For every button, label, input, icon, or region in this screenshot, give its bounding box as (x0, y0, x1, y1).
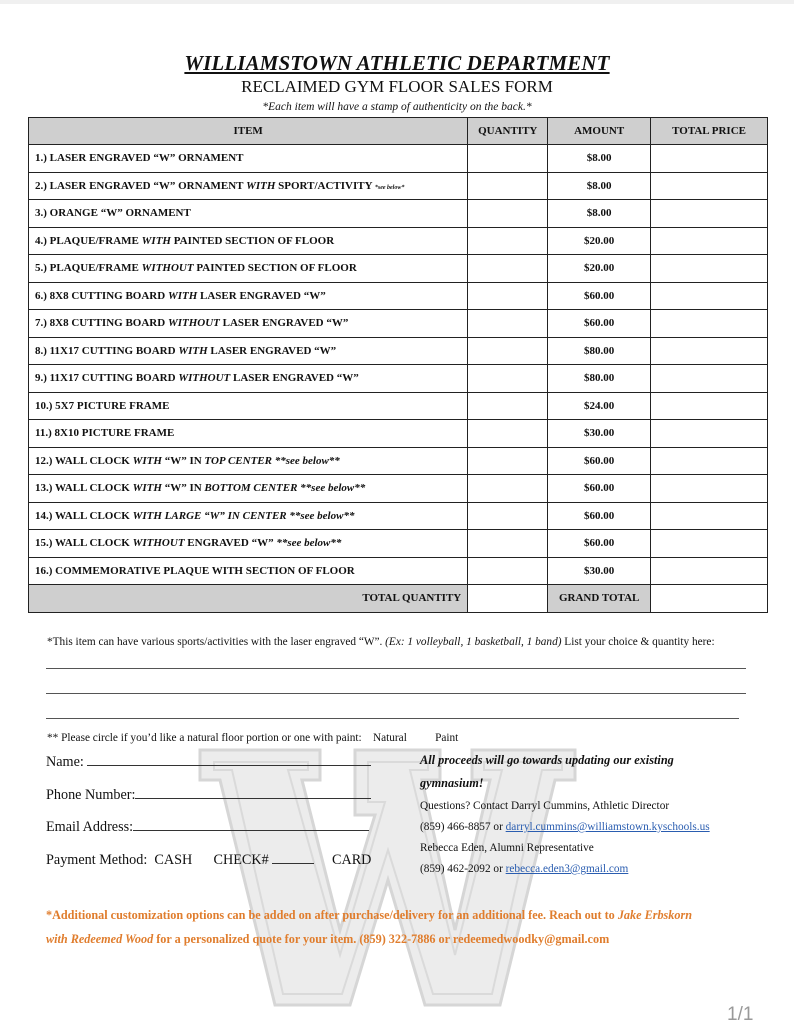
quantity-cell[interactable] (468, 502, 548, 530)
item-name-part: LASER ENGRAVED “W” (220, 317, 348, 329)
payment-method-field: Payment Method: CASH CHECK# CARD (46, 851, 371, 869)
item-name-part: WITH (133, 455, 162, 467)
director-email-link[interactable]: darryl.cummins@williamstown.kyschools.us (506, 821, 710, 833)
name-label: Name: (46, 754, 84, 770)
item-name-part: 15.) WALL CLOCK (35, 537, 133, 549)
item-name-part: 7.) 8X8 CUTTING BOARD (35, 317, 168, 329)
total-price-cell[interactable] (651, 337, 768, 365)
paint-option[interactable]: Paint (435, 732, 458, 744)
payment-check-option[interactable]: CHECK# (214, 852, 269, 868)
item-name-part: TOP CENTER **see below** (204, 455, 339, 467)
table-row: 15.) WALL CLOCK WITHOUT ENGRAVED “W” **s… (29, 530, 768, 558)
payment-label: Payment Method: (46, 852, 147, 868)
table-row: 8.) 11X17 CUTTING BOARD WITH LASER ENGRA… (29, 337, 768, 365)
total-price-cell[interactable] (651, 282, 768, 310)
amount-cell: $60.00 (548, 447, 651, 475)
table-row: 11.) 8X10 PICTURE FRAME$30.00 (29, 420, 768, 448)
natural-option[interactable]: Natural (373, 732, 407, 744)
item-name-part: WITH (246, 180, 275, 192)
item-name-part: 10.) 5X7 PICTURE FRAME (35, 400, 169, 412)
table-row: 12.) WALL CLOCK WITH “W” IN TOP CENTER *… (29, 447, 768, 475)
amount-cell: $60.00 (548, 502, 651, 530)
item-name-part: “W” IN (162, 482, 204, 494)
item-name-part: LASER ENGRAVED “W” (208, 345, 336, 357)
quantity-cell[interactable] (468, 145, 548, 173)
amount-cell: $24.00 (548, 392, 651, 420)
column-header-item: ITEM (29, 118, 468, 145)
sport-choice-line-2[interactable] (46, 693, 746, 694)
custom-contact-name: Jake Erbskorn (618, 908, 692, 922)
total-quantity-label: TOTAL QUANTITY (29, 585, 468, 613)
item-name-part: *see below* (375, 185, 405, 191)
item-name: 12.) WALL CLOCK WITH “W” IN TOP CENTER *… (29, 447, 468, 475)
email-line[interactable] (133, 818, 369, 831)
column-header-quantity: QUANTITY (468, 118, 548, 145)
payment-cash-option[interactable]: CASH (154, 852, 192, 868)
customization-note-line-1: *Additional customization options can be… (46, 908, 692, 923)
item-name-part: 6.) 8X8 CUTTING BOARD (35, 290, 168, 302)
email-field[interactable]: Email Address: (46, 818, 369, 836)
item-name: 4.) PLAQUE/FRAME WITH PAINTED SECTION OF… (29, 227, 468, 255)
table-row: 1.) LASER ENGRAVED “W” ORNAMENT$8.00 (29, 145, 768, 173)
grand-total-cell[interactable] (651, 585, 768, 613)
item-name-part: BOTTOM CENTER **see below** (204, 482, 365, 494)
director-phone: (859) 466-8857 or (420, 821, 506, 833)
item-name-part: WITH (168, 290, 197, 302)
amount-cell: $20.00 (548, 227, 651, 255)
item-name: 1.) LASER ENGRAVED “W” ORNAMENT (29, 145, 468, 173)
grand-total-label: GRAND TOTAL (548, 585, 651, 613)
total-price-cell[interactable] (651, 447, 768, 475)
amount-cell: $8.00 (548, 200, 651, 228)
total-price-cell[interactable] (651, 557, 768, 585)
item-name-part: 12.) WALL CLOCK (35, 455, 133, 467)
quantity-cell[interactable] (468, 227, 548, 255)
check-number-line[interactable] (272, 851, 314, 864)
item-name: 9.) 11X17 CUTTING BOARD WITHOUT LASER EN… (29, 365, 468, 393)
rep-email-link[interactable]: rebecca.eden3@gmail.com (506, 863, 629, 875)
item-name-part: 16.) COMMEMORATIVE PLAQUE WITH SECTION O… (35, 565, 355, 577)
item-name-part: 8.) 11X17 CUTTING BOARD (35, 345, 178, 357)
amount-cell: $30.00 (548, 420, 651, 448)
amount-cell: $30.00 (548, 557, 651, 585)
sport-note-text: *This item can have various sports/activ… (47, 636, 385, 648)
item-name-part: PAINTED SECTION OF FLOOR (171, 235, 334, 247)
amount-cell: $80.00 (548, 337, 651, 365)
item-name: 2.) LASER ENGRAVED “W” ORNAMENT WITH SPO… (29, 172, 468, 200)
quantity-cell[interactable] (468, 392, 548, 420)
total-price-cell[interactable] (651, 200, 768, 228)
item-name: 10.) 5X7 PICTURE FRAME (29, 392, 468, 420)
item-name-part: 13.) WALL CLOCK (35, 482, 133, 494)
custom-text-2: for a personalized quote for your item. … (153, 932, 609, 946)
quantity-cell[interactable] (468, 365, 548, 393)
item-name: 13.) WALL CLOCK WITH “W” IN BOTTOM CENTE… (29, 475, 468, 503)
table-row: 16.) COMMEMORATIVE PLAQUE WITH SECTION O… (29, 557, 768, 585)
item-name-part: 4.) PLAQUE/FRAME (35, 235, 142, 247)
finish-choice-note: ** Please circle if you’d like a natural… (47, 732, 458, 744)
custom-text-1: *Additional customization options can be… (46, 908, 618, 922)
page-indicator: 1/1 (727, 1004, 753, 1024)
total-price-cell[interactable] (651, 365, 768, 393)
total-price-cell[interactable] (651, 310, 768, 338)
item-name: 6.) 8X8 CUTTING BOARD WITH LASER ENGRAVE… (29, 282, 468, 310)
email-label: Email Address: (46, 819, 133, 835)
total-price-cell[interactable] (651, 420, 768, 448)
total-price-cell[interactable] (651, 475, 768, 503)
total-price-cell[interactable] (651, 172, 768, 200)
item-name-part: LASER ENGRAVED “W” (197, 290, 325, 302)
quantity-cell[interactable] (468, 557, 548, 585)
item-name-part: “W” IN (162, 455, 204, 467)
amount-cell: $8.00 (548, 172, 651, 200)
sport-activity-note: *This item can have various sports/activ… (47, 636, 715, 648)
item-name-part: PAINTED SECTION OF FLOOR (194, 262, 357, 274)
contact-questions: Questions? Contact Darryl Cummins, Athle… (420, 800, 669, 812)
quantity-cell[interactable] (468, 282, 548, 310)
sport-choice-line-1[interactable] (46, 668, 746, 669)
item-name-part: 1.) LASER ENGRAVED “W” ORNAMENT (35, 152, 244, 164)
contact-rep: Rebecca Eden, Alumni Representative (420, 842, 594, 854)
table-header-row: ITEM QUANTITY AMOUNT TOTAL PRICE (29, 118, 768, 145)
total-quantity-cell[interactable] (468, 585, 548, 613)
table-row: 2.) LASER ENGRAVED “W” ORNAMENT WITH SPO… (29, 172, 768, 200)
column-header-total-price: TOTAL PRICE (651, 118, 768, 145)
finish-note-text: ** Please circle if you’d like a natural… (47, 732, 362, 744)
amount-cell: $60.00 (548, 310, 651, 338)
total-price-cell[interactable] (651, 227, 768, 255)
phone-field[interactable]: Phone Number: (46, 786, 371, 804)
items-table: ITEM QUANTITY AMOUNT TOTAL PRICE 1.) LAS… (28, 117, 768, 613)
amount-cell: $20.00 (548, 255, 651, 283)
item-name: 16.) COMMEMORATIVE PLAQUE WITH SECTION O… (29, 557, 468, 585)
form-subtitle: RECLAIMED GYM FLOOR SALES FORM (0, 77, 794, 97)
total-price-cell[interactable] (651, 502, 768, 530)
contact-rep-info: (859) 462-2092 or rebecca.eden3@gmail.co… (420, 863, 628, 875)
table-row: 3.) ORANGE “W” ORNAMENT$8.00 (29, 200, 768, 228)
item-name-part: **see below** (276, 537, 341, 549)
item-name-part: WITHOUT (133, 537, 185, 549)
quantity-cell[interactable] (468, 337, 548, 365)
item-name-part: 9.) 11X17 CUTTING BOARD (35, 372, 178, 384)
sport-choice-line-3[interactable] (46, 718, 739, 719)
totals-row: TOTAL QUANTITY GRAND TOTAL (29, 585, 768, 613)
rep-phone: (859) 462-2092 or (420, 863, 506, 875)
table-row: 10.) 5X7 PICTURE FRAME$24.00 (29, 392, 768, 420)
sales-form-page: WILLIAMSTOWN ATHLETIC DEPARTMENT RECLAIM… (0, 0, 794, 1024)
item-name: 11.) 8X10 PICTURE FRAME (29, 420, 468, 448)
phone-line[interactable] (135, 786, 371, 799)
quantity-cell[interactable] (468, 255, 548, 283)
item-name-part: WITH (142, 235, 171, 247)
item-name-part: LASER ENGRAVED “W” (230, 372, 358, 384)
amount-cell: $8.00 (548, 145, 651, 173)
page-title: WILLIAMSTOWN ATHLETIC DEPARTMENT (0, 51, 794, 76)
item-name-part: SPORT/ACTIVITY (275, 180, 374, 192)
quantity-cell[interactable] (468, 172, 548, 200)
amount-cell: $60.00 (548, 530, 651, 558)
amount-cell: $60.00 (548, 475, 651, 503)
item-name-part: WITH LARGE “W” IN CENTER **see below** (133, 510, 355, 522)
table-row: 7.) 8X8 CUTTING BOARD WITHOUT LASER ENGR… (29, 310, 768, 338)
quantity-cell[interactable] (468, 475, 548, 503)
item-name-part: ENGRAVED “W” (185, 537, 277, 549)
table-row: 13.) WALL CLOCK WITH “W” IN BOTTOM CENTE… (29, 475, 768, 503)
item-name: 15.) WALL CLOCK WITHOUT ENGRAVED “W” **s… (29, 530, 468, 558)
item-name-part: 3.) ORANGE “W” ORNAMENT (35, 207, 191, 219)
item-name-part: WITH (133, 482, 162, 494)
payment-card-option[interactable]: CARD (332, 852, 371, 868)
item-name-part: 5.) PLAQUE/FRAME (35, 262, 142, 274)
item-name: 3.) ORANGE “W” ORNAMENT (29, 200, 468, 228)
quantity-cell[interactable] (468, 310, 548, 338)
item-name-part: 14.) WALL CLOCK (35, 510, 133, 522)
item-name-part: WITH (178, 345, 207, 357)
item-name-part: 11.) 8X10 PICTURE FRAME (35, 427, 174, 439)
phone-label: Phone Number: (46, 787, 135, 803)
authenticity-note: *Each item will have a stamp of authenti… (0, 101, 794, 113)
table-row: 9.) 11X17 CUTTING BOARD WITHOUT LASER EN… (29, 365, 768, 393)
item-name-part: WITHOUT (178, 372, 230, 384)
contact-director: (859) 466-8857 or darryl.cummins@william… (420, 821, 710, 833)
item-name: 7.) 8X8 CUTTING BOARD WITHOUT LASER ENGR… (29, 310, 468, 338)
amount-cell: $60.00 (548, 282, 651, 310)
custom-company: with Redeemed Wood (46, 932, 153, 946)
table-row: 5.) PLAQUE/FRAME WITHOUT PAINTED SECTION… (29, 255, 768, 283)
table-row: 14.) WALL CLOCK WITH LARGE “W” IN CENTER… (29, 502, 768, 530)
table-row: 4.) PLAQUE/FRAME WITH PAINTED SECTION OF… (29, 227, 768, 255)
column-header-amount: AMOUNT (548, 118, 651, 145)
proceeds-line-1: All proceeds will go towards updating ou… (420, 753, 674, 768)
item-name: 8.) 11X17 CUTTING BOARD WITH LASER ENGRA… (29, 337, 468, 365)
total-price-cell[interactable] (651, 392, 768, 420)
sport-note-example: (Ex: 1 volleyball, 1 basketball, 1 band) (385, 636, 561, 648)
item-name-part: WITHOUT (168, 317, 220, 329)
name-line[interactable] (87, 753, 371, 766)
name-field[interactable]: Name: (46, 753, 371, 771)
item-name-part: 2.) LASER ENGRAVED “W” ORNAMENT (35, 180, 246, 192)
item-name: 5.) PLAQUE/FRAME WITHOUT PAINTED SECTION… (29, 255, 468, 283)
total-price-cell[interactable] (651, 530, 768, 558)
table-row: 6.) 8X8 CUTTING BOARD WITH LASER ENGRAVE… (29, 282, 768, 310)
quantity-cell[interactable] (468, 200, 548, 228)
quantity-cell[interactable] (468, 530, 548, 558)
item-name: 14.) WALL CLOCK WITH LARGE “W” IN CENTER… (29, 502, 468, 530)
customization-note-line-2: with Redeemed Wood for a personalized qu… (46, 932, 609, 947)
quantity-cell[interactable] (468, 420, 548, 448)
item-name-part: WITHOUT (142, 262, 194, 274)
sport-note-tail: List your choice & quantity here: (561, 636, 714, 648)
amount-cell: $80.00 (548, 365, 651, 393)
quantity-cell[interactable] (468, 447, 548, 475)
total-price-cell[interactable] (651, 145, 768, 173)
proceeds-line-2: gymnasium! (420, 776, 484, 791)
total-price-cell[interactable] (651, 255, 768, 283)
